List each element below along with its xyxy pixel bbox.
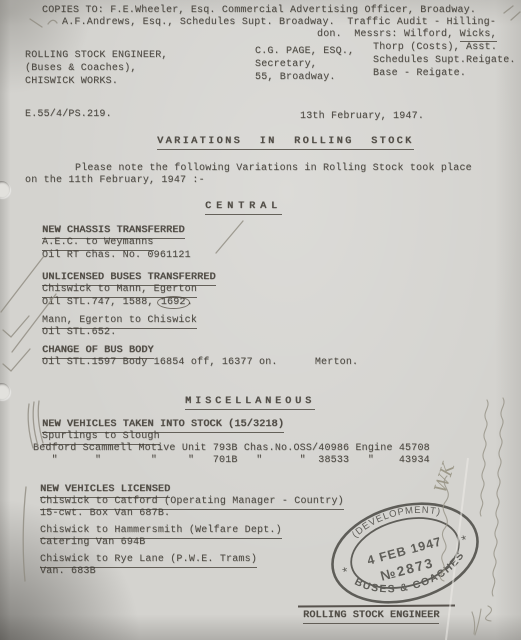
check-mark	[216, 221, 243, 253]
central-heading: CENTRAL	[205, 201, 282, 215]
unlicensed-detail: Oil STL.747, 1588, 1692.	[42, 297, 193, 309]
addressee-line-3: 55, Broadway.	[255, 72, 336, 84]
stamp-star-right: *	[460, 532, 469, 548]
addressee-line-1: C.G. PAGE, ESQ.,	[255, 46, 354, 58]
cc-line-2: Schedules Supt.Reigate.	[373, 55, 516, 67]
unlicensed-detail-circled: 1692	[157, 296, 190, 309]
handwriting-scrawl	[480, 400, 488, 516]
stock-row-1: Bedford Scammell Motive Unit 793B Chas.N…	[33, 443, 430, 455]
cc-line-1: Thorp (Costs), Asst.	[373, 42, 497, 54]
sender-line-1: ROLLING STOCK ENGINEER,	[25, 50, 168, 62]
copies-line-3: don. Messrs: Wilford, Wicks,	[317, 29, 497, 41]
stock-row-2: " " " " 701B " " 38533 " 43934	[33, 455, 430, 467]
body-change-detail: Oil STL.1597 Body 16854 off, 16377 on. M…	[42, 357, 358, 369]
reference-number: E.55/4/PS.219.	[25, 109, 112, 121]
licensed-entry-detail: 15-cwt. Box Van 687B.	[40, 508, 170, 520]
corner-mark	[504, 6, 513, 13]
handwriting-mark	[472, 612, 475, 634]
intro-line-1: Please note the following Variations in …	[75, 163, 472, 175]
margin-line	[23, 487, 26, 581]
check-mark	[1, 256, 44, 312]
stamp-star-left: *	[341, 564, 350, 580]
licensed-entry-detail: Van. 683B	[40, 566, 96, 578]
return-detail: Oil STL.652.	[42, 327, 116, 339]
check-mark	[3, 349, 30, 371]
sender-line-2: (Buses & Coaches),	[25, 63, 137, 75]
cc-line-3: Base - Reigate.	[373, 68, 466, 80]
copies-line-2: A.F.Andrews, Esq., Schedules Supt. Broad…	[62, 17, 496, 29]
intro-line-2: on the 11th February, 1947 :-	[25, 175, 205, 187]
new-chassis-route: A.E.C. to Weymanns	[42, 237, 154, 251]
corner-mark	[48, 20, 57, 24]
corner-mark	[30, 19, 42, 27]
new-chassis-detail: Oil RT chas. No. 0961121	[42, 250, 191, 262]
memo-page: COPIES TO: F.E.Wheeler, Esq. Commercial …	[0, 0, 521, 640]
miscellaneous-heading: MISCELLANEOUS	[185, 396, 315, 410]
handwriting-scrawl	[492, 398, 504, 596]
memo-date: 13th February, 1947.	[300, 111, 424, 123]
licensed-entry-detail: Catering Van 694B	[40, 537, 145, 549]
unlicensed-detail-prefix: Oil STL.747, 1588,	[42, 297, 160, 308]
addressee-line-2: Secretary,	[255, 59, 317, 71]
copies-line-3-plain: don. Messrs: Wilford,	[317, 29, 460, 40]
unlicensed-detail-suffix: .	[187, 297, 193, 308]
punch-hole-bottom	[0, 383, 10, 400]
copies-line-3-underlined: Wicks,	[460, 29, 497, 42]
sender-line-3: CHISWICK WORKS.	[25, 76, 118, 88]
corner-mark	[511, 12, 520, 20]
copies-line-1: COPIES TO: F.E.Wheeler, Esq. Commercial …	[42, 5, 476, 17]
handwriting-mark	[475, 609, 481, 635]
margin-stroke	[33, 402, 38, 446]
check-mark	[3, 316, 29, 337]
punch-hole-top	[0, 181, 10, 198]
margin-stroke	[28, 404, 33, 448]
handwriting-mark	[486, 606, 492, 621]
page-title: VARIATIONS IN ROLLING STOCK	[157, 136, 414, 150]
